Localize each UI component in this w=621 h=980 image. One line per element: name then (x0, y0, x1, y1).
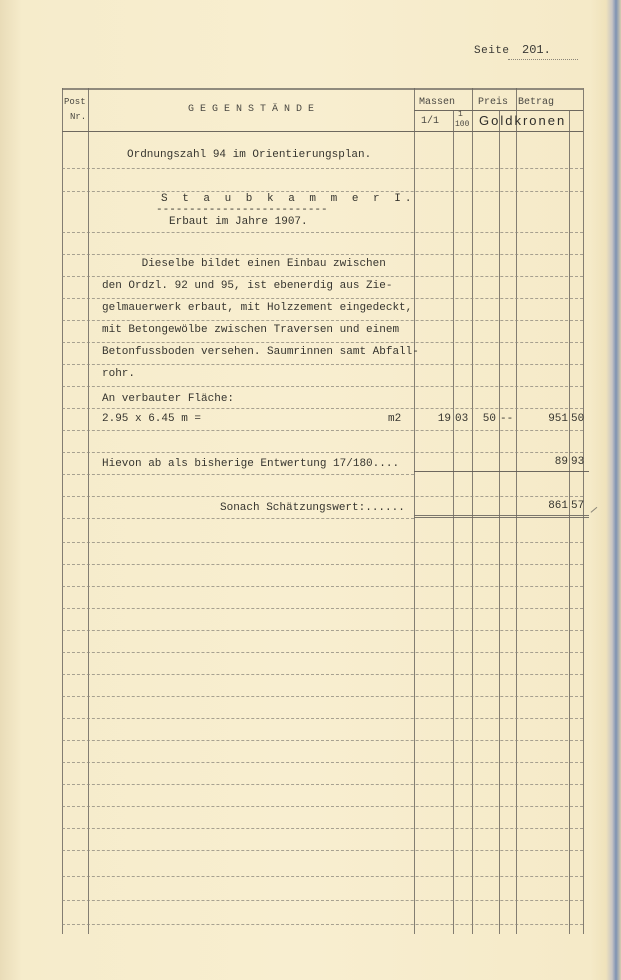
row-rule (62, 386, 583, 387)
subtotal-rule (414, 471, 589, 472)
price-whole: 50 (474, 413, 496, 425)
row-rule (62, 518, 414, 519)
row-rule (62, 718, 583, 719)
row-rule (62, 652, 583, 653)
row-rule (62, 784, 583, 785)
col-border-left (62, 88, 63, 934)
area-formula: 2.95 x 6.45 m = (102, 413, 201, 425)
built-year: Erbaut im Jahre 1907. (169, 216, 308, 228)
row-rule (62, 762, 583, 763)
col-border-post (88, 88, 89, 934)
col-border-massen-sub (453, 110, 454, 934)
row-rule (62, 586, 583, 587)
row-rule (62, 850, 583, 851)
header-massen-frac-den: 100 (455, 120, 469, 129)
price-fraction: -- (500, 413, 515, 425)
row-rule (62, 900, 583, 901)
area-unit: m2 (388, 413, 401, 425)
header-bottom-border (62, 131, 583, 132)
depreciation-fraction: 93 (571, 456, 589, 468)
header-gegenstaende: G E G E N S T Ä N D E (188, 104, 314, 115)
row-rule (62, 364, 583, 365)
description-line: mit Betongewölbe zwischen Traversen und … (102, 324, 399, 336)
estimate-whole: 861 (518, 500, 568, 512)
row-rule (62, 254, 583, 255)
row-rule (62, 342, 583, 343)
row-rule (62, 408, 583, 409)
row-rule (62, 608, 583, 609)
row-rule (62, 298, 583, 299)
depreciation-label: Hievon ab als bisherige Entwertung 17/18… (102, 458, 399, 470)
description-line: rohr. (102, 368, 135, 380)
header-post: Post (64, 97, 86, 107)
area-mass-fraction: 03 (455, 413, 470, 425)
row-rule (62, 232, 583, 233)
ordnungszahl-line: Ordnungszahl 94 im Orientierungsplan. (127, 149, 371, 161)
row-rule (62, 168, 583, 169)
col-border-betrag-sub (569, 110, 570, 934)
header-goldkronen-stamp: Goldkronen (479, 113, 566, 128)
area-mass-whole: 19 (418, 413, 451, 425)
row-rule (62, 496, 583, 497)
row-rule (62, 740, 583, 741)
row-rule (62, 630, 583, 631)
row-rule (62, 452, 583, 453)
row-rule (62, 430, 583, 431)
depreciation-whole: 89 (518, 456, 568, 468)
row-rule (62, 191, 583, 192)
amount-whole: 951 (518, 413, 568, 425)
row-rule (62, 320, 583, 321)
area-label: An verbauter Fläche: (102, 393, 234, 405)
col-border-betrag (516, 88, 517, 934)
row-rule (62, 474, 414, 475)
page-number-underline (508, 59, 578, 60)
total-double-rule (414, 515, 589, 518)
description-line: gelmauerwerk erbaut, mit Holzzement eing… (102, 302, 412, 314)
description-line: Betonfussboden versehen. Saumrinnen samt… (102, 346, 419, 358)
header-massen-frac-num: 1 (458, 110, 463, 119)
row-rule (62, 806, 583, 807)
row-rule (62, 542, 583, 543)
header-preis: Preis (478, 97, 508, 108)
header-massen: Massen (419, 97, 455, 108)
estimate-label: Sonach Schätzungswert:...... (220, 502, 405, 514)
col-border-preis-sub (499, 110, 500, 934)
header-betrag: Betrag (518, 97, 554, 108)
row-rule (62, 564, 583, 565)
page-number: 201. (522, 43, 551, 57)
amount-fraction: 50 (571, 413, 589, 425)
description-line: Dieselbe bildet einen Einbau zwischen (102, 258, 386, 270)
col-border-preis (472, 88, 473, 934)
header-massen-whole: 1/1 (421, 116, 439, 127)
row-rule (62, 828, 583, 829)
row-rule (62, 276, 583, 277)
section-title-underline: -------------------------- (156, 204, 328, 216)
row-rule (62, 674, 583, 675)
row-rule (62, 876, 583, 877)
row-rule (62, 696, 583, 697)
table-top-border (62, 88, 583, 90)
header-nr: Nr. (70, 112, 86, 122)
col-border-massen (414, 88, 415, 934)
row-rule (62, 924, 583, 925)
page-label: Seite (474, 45, 510, 57)
description-line: den Ordzl. 92 und 95, ist ebenerdig aus … (102, 280, 392, 292)
